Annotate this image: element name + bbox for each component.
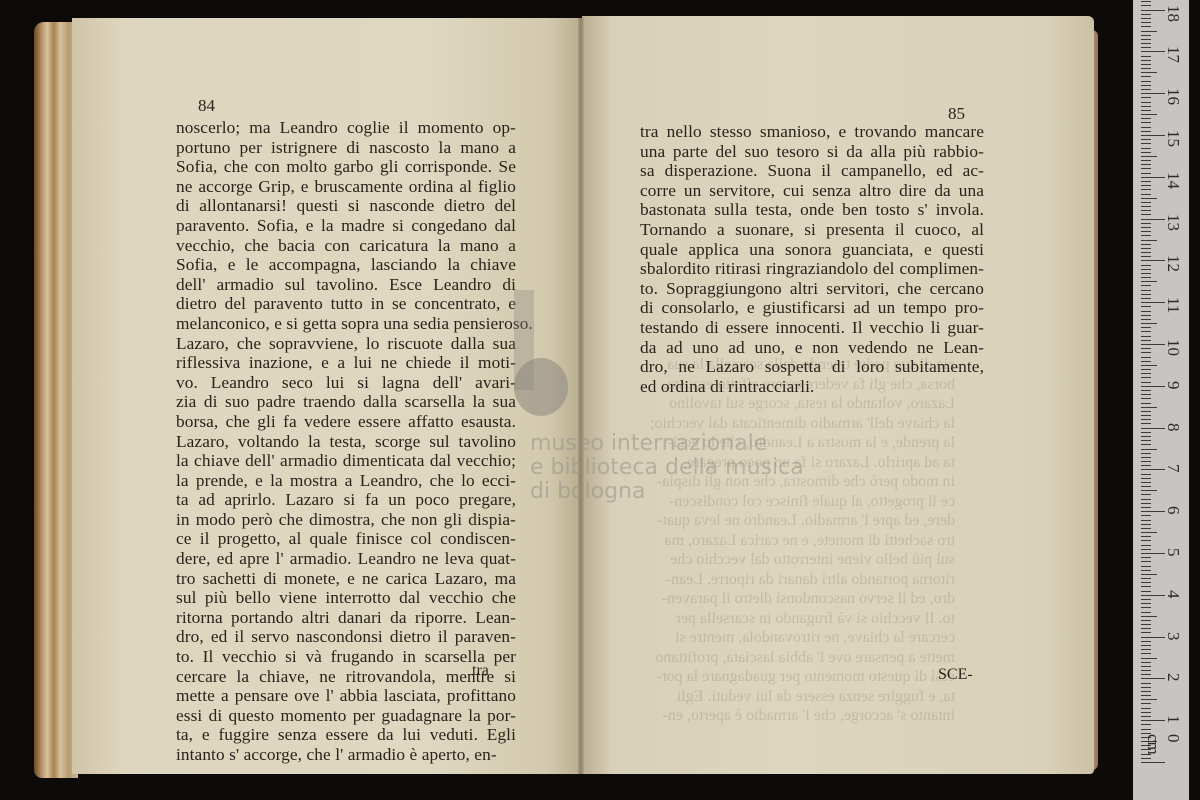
ruler-tick [1141,716,1151,717]
ruler-tick [1141,724,1151,725]
text-line: da ad uno ad uno, e non vedendo ne Lean- [640,338,984,358]
ruler-tick [1141,620,1151,621]
text-line: ta ad aprirlo. Lazaro si fa un poco preg… [176,490,516,510]
ruler-tick [1141,377,1151,378]
text-line: melanconico, e si getta sopra una sedia … [176,314,516,334]
ruler-tick [1141,382,1151,383]
ruler-tick [1141,532,1157,533]
text-line: ed ordina di rintracciarli. [640,377,984,397]
ruler-tick [1141,403,1151,404]
ruler-tick [1141,415,1151,416]
ruler-tick [1141,223,1151,224]
ruler-tick [1141,244,1151,245]
ruler-tick [1141,478,1151,479]
ruler-tick [1141,566,1151,567]
ruler-label: 12 [1163,255,1183,272]
ruler-label: 18 [1163,5,1183,22]
ruler-tick [1141,729,1151,730]
ruler-tick [1141,114,1157,115]
ruler-label: 7 [1163,464,1183,473]
ruler-tick [1141,81,1151,82]
ruler-tick [1141,616,1157,617]
ruler-tick [1141,97,1151,98]
text-line: di allontanarsi! questi si nasconde diet… [176,196,516,216]
ruler-tick [1141,591,1151,592]
ruler-tick [1141,624,1151,625]
text-line: Sofia, che con molto garbo gli corrispon… [176,157,516,177]
ruler-tick [1141,248,1151,249]
text-line: ne accorge Grip, e bruscamente ordina al… [176,177,516,197]
ruler-tick [1141,428,1165,429]
ruler-tick [1141,482,1151,483]
text-line: di consolarlo, e giustificarsi ad un tem… [640,298,984,318]
ruler-tick [1141,607,1151,608]
page-number-right: 85 [948,104,965,124]
ruler-tick [1141,674,1151,675]
ruler-tick [1141,148,1151,149]
ruler-tick [1141,240,1157,241]
ruler-tick [1141,31,1157,32]
text-line: noscerlo; ma Leandro coglie il momento o… [176,118,516,138]
text-line: ce il progetto, al quale finisce col con… [176,529,516,549]
text-line: portuno per istrignere di nascosto la ma… [176,138,516,158]
ruler-tick [1141,394,1151,395]
ruler-label: 11 [1163,297,1183,313]
text-line: bastonata sulla testa, onde ben tosto s'… [640,200,984,220]
text-line: paravento. Sofia, e la madre si congedan… [176,216,516,236]
ruler-tick [1141,444,1151,445]
ruler-tick [1141,365,1157,366]
ruler-tick [1141,51,1165,52]
ruler-tick [1141,273,1151,274]
ruler-tick [1141,93,1165,94]
ruler-tick [1141,277,1151,278]
ruler-tick [1141,135,1165,136]
measurement-ruler: 0 cm123456789101112131415161718 [1133,0,1189,800]
ruler-tick [1141,637,1165,638]
ruler-label: 8 [1163,423,1183,432]
show-through-text: zia di suo padre traendo dalla scarsella… [650,355,955,726]
ruler-tick [1141,582,1151,583]
text-line: in modo però che dimostra, che non gli d… [176,510,516,530]
ruler-tick [1141,419,1151,420]
page-number-left: 84 [198,96,215,116]
ruler-tick [1141,720,1165,721]
text-line: Sofia, e le accompagna, lasciando la chi… [176,255,516,275]
ruler-tick [1141,348,1151,349]
ruler-tick [1141,185,1151,186]
ruler-tick [1141,106,1151,107]
ruler-tick [1141,26,1151,27]
ruler-tick [1141,68,1151,69]
book-scan: zia di suo padre traendo dalla scarsella… [0,0,1200,800]
ruler-tick [1141,173,1151,174]
ruler-tick [1141,281,1157,282]
ruler-tick [1141,536,1151,537]
ruler-tick [1141,118,1151,119]
ruler-tick [1141,122,1151,123]
ruler-tick [1141,294,1151,295]
ruler-tick [1141,599,1151,600]
ruler-tick [1141,520,1151,521]
ruler-tick [1141,545,1151,546]
ruler-tick [1141,47,1151,48]
text-line: sul più bello viene interrotto dal vecch… [176,588,516,608]
text-line: to. Sopraggiungono altri servitori, che … [640,279,984,299]
ruler-tick [1141,549,1151,550]
ruler-tick [1141,315,1151,316]
ruler-tick [1141,499,1151,500]
ruler-label: 10 [1163,339,1183,356]
ruler-tick [1141,390,1151,391]
ruler-tick [1141,357,1151,358]
ruler-tick [1141,628,1151,629]
ruler-tick [1141,398,1151,399]
ruler-tick [1141,102,1151,103]
ruler-tick [1141,181,1151,182]
ruler-tick [1141,524,1151,525]
ruler-tick [1141,449,1157,450]
ruler-tick [1141,72,1157,73]
ruler-tick [1141,540,1151,541]
ruler-tick [1141,703,1151,704]
text-line: vecchio, che bacia con caricatura la man… [176,236,516,256]
catchword-left: tra [472,662,489,680]
ruler-tick [1141,311,1151,312]
ruler-tick [1141,319,1151,320]
ruler-tick [1141,423,1151,424]
ruler-tick [1141,18,1151,19]
ruler-tick [1141,139,1151,140]
ruler-tick [1141,152,1151,153]
ruler-tick [1141,474,1151,475]
ruler-label: 14 [1163,172,1183,189]
text-line: Lazaro, voltando la testa, scorge sul ta… [176,432,516,452]
ruler-label: 5 [1163,548,1183,557]
ruler-label: 6 [1163,506,1183,515]
right-page-text: tra nello stesso smanioso, e trovando ma… [640,122,984,396]
ruler-label: 3 [1163,632,1183,641]
ruler-tick [1141,758,1151,759]
ruler-tick [1141,373,1151,374]
text-line: tra nello stesso smanioso, e trovando ma… [640,122,984,142]
ruler-tick [1141,194,1151,195]
ruler-tick [1141,595,1165,596]
ruler-tick [1141,386,1165,387]
ruler-tick [1141,290,1151,291]
ruler-tick [1141,156,1157,157]
ruler-tick [1141,457,1151,458]
ruler-tick [1141,411,1151,412]
ruler-tick [1141,189,1151,190]
ruler-tick [1141,503,1151,504]
ruler-tick [1141,269,1151,270]
ruler-tick [1141,352,1151,353]
ruler-tick [1141,256,1151,257]
ruler-tick [1141,469,1165,470]
ruler-tick [1141,699,1157,700]
ruler-tick [1141,653,1151,654]
ruler-tick [1141,210,1151,211]
ruler-tick [1141,407,1157,408]
ruler-tick [1141,678,1165,679]
ruler-tick [1141,177,1165,178]
catchword-right: SCE- [938,666,973,684]
text-line: la prende, e la mostra a Leandro, che lo… [176,471,516,491]
ruler-tick [1141,561,1151,562]
ruler-tick [1141,160,1151,161]
ruler-tick [1141,340,1151,341]
ruler-tick [1141,168,1151,169]
ruler-tick [1141,432,1151,433]
text-line: essi di questo momento per guadagnare la… [176,706,516,726]
ruler-tick [1141,762,1165,763]
ruler-tick [1141,1,1151,2]
ruler-tick [1141,164,1151,165]
ruler-tick [1141,64,1151,65]
ruler-tick [1141,712,1151,713]
ruler-tick [1141,632,1151,633]
ruler-tick [1141,603,1151,604]
ruler-label: 2 [1163,673,1183,682]
text-line: sa disperazione. Suona il campanello, ed… [640,161,984,181]
ruler-tick [1141,695,1151,696]
ruler-tick [1141,10,1165,11]
text-line: Tornando a suonare, si presenta il cuoco… [640,220,984,240]
text-line: zia di suo padre traendo dalla scarsella… [176,392,516,412]
ruler-tick [1141,331,1151,332]
text-line: intanto s' accorge, che l' armadio è ape… [176,745,516,765]
ruler-tick [1141,666,1151,667]
ruler-tick [1141,231,1151,232]
ruler-label: 0 cm [1143,734,1183,755]
ruler-tick [1141,361,1151,362]
ruler-tick [1141,127,1151,128]
text-line: dro, ed il servo nascondonsi dietro il p… [176,627,516,647]
ruler-tick [1141,683,1151,684]
text-line: una parte del suo tesoro si da alla più … [640,142,984,162]
text-line: borsa, che gli fa vedere essere affatto … [176,412,516,432]
text-line: dell' armadio sul tavolino. Esce Leandro… [176,275,516,295]
ruler-tick [1141,298,1151,299]
ruler-tick [1141,461,1151,462]
text-line: testando di essere innocenti. Il vecchio… [640,318,984,338]
ruler-tick [1141,494,1151,495]
ruler-tick [1141,662,1151,663]
ruler-tick [1141,578,1151,579]
ruler-tick [1141,35,1151,36]
ruler-tick [1141,22,1151,23]
ruler-tick [1141,39,1151,40]
ruler-tick [1141,302,1165,303]
ruler-tick [1141,658,1157,659]
ruler-tick [1141,327,1151,328]
ruler-tick [1141,85,1151,86]
ruler-tick [1141,574,1157,575]
ruler-tick [1141,649,1151,650]
text-line: mette a pensare ove l' abbia lasciata, p… [176,686,516,706]
text-line: vo. Leandro seco lui si lagna dell' avar… [176,373,516,393]
ruler-tick [1141,670,1151,671]
ruler-tick [1141,708,1151,709]
text-line: dere, ed apre l' armadio. Leandro ne lev… [176,549,516,569]
ruler-tick [1141,515,1151,516]
text-line: riflessiva inazione, e a lui ne chiede i… [176,353,516,373]
ruler-tick [1141,323,1157,324]
ruler-tick [1141,369,1151,370]
ruler-tick [1141,440,1151,441]
ruler-tick [1141,586,1151,587]
ruler-label: 4 [1163,590,1183,599]
text-line: tro sachetti di monete, e ne carica Laza… [176,569,516,589]
ruler-label: 15 [1163,130,1183,147]
ruler-tick [1141,344,1165,345]
ruler-tick [1141,490,1157,491]
watermark-text: museo internazionale e biblioteca della … [530,432,804,504]
ruler-tick [1141,641,1151,642]
ruler-tick [1141,131,1151,132]
ruler-tick [1141,265,1151,266]
ruler-tick [1141,260,1165,261]
ruler-tick [1141,60,1151,61]
ruler-tick [1141,235,1151,236]
text-line: dietro del paravento tutto in se concent… [176,294,516,314]
text-line: ritorna portando altri danari da riporre… [176,608,516,628]
ruler-tick [1141,214,1151,215]
ruler-tick [1141,507,1151,508]
ruler-tick [1141,110,1151,111]
ruler-tick [1141,336,1151,337]
ruler-tick [1141,227,1151,228]
ruler-tick [1141,645,1151,646]
text-line: la chiave dell' armadio dimenticata dal … [176,451,516,471]
ruler-tick [1141,453,1151,454]
ruler-label: 9 [1163,381,1183,390]
ruler-label: 16 [1163,88,1183,105]
ruler-tick [1141,557,1151,558]
text-line: dro, ne Lazaro sospetta di loro subitame… [640,357,984,377]
book-gutter [578,18,584,774]
ruler-tick [1141,570,1151,571]
ruler-tick [1141,14,1151,15]
ruler-tick [1141,76,1151,77]
ruler-tick [1141,89,1151,90]
ruler-tick [1141,553,1165,554]
ruler-label: 17 [1163,46,1183,63]
watermark-logo-circle [514,358,568,416]
ruler-tick [1141,486,1151,487]
ruler-tick [1141,252,1151,253]
ruler-label: 13 [1163,214,1183,231]
ruler-tick [1141,285,1151,286]
ruler-tick [1141,687,1151,688]
text-line: corre un servitore, cui senza altro dire… [640,181,984,201]
text-line: cercare la chiave, ne ritrovandola, ment… [176,667,516,687]
text-line: quale applica una sonora guanciata, e qu… [640,240,984,260]
text-line: Lazaro, che sopravviene, lo riscuote dal… [176,334,516,354]
text-line: sbalordito ritirasi ringraziandolo del c… [640,259,984,279]
ruler-tick [1141,306,1151,307]
text-line: ta, e fuggire senza essere da lui veduti… [176,725,516,745]
ruler-tick [1141,56,1151,57]
ruler-tick [1141,511,1165,512]
ruler-tick [1141,5,1151,6]
ruler-tick [1141,219,1165,220]
ruler-tick [1141,528,1151,529]
ruler-tick [1141,43,1151,44]
ruler-label: 1 [1163,715,1183,724]
ruler-tick [1141,198,1157,199]
left-page-text: noscerlo; ma Leandro coglie il momento o… [176,118,516,765]
text-line: to. Il vecchio si và frugando in scarsel… [176,647,516,667]
ruler-tick [1141,143,1151,144]
ruler-tick [1141,206,1151,207]
ruler-tick [1141,612,1151,613]
ruler-tick [1141,465,1151,466]
ruler-tick [1141,202,1151,203]
ruler-tick [1141,436,1151,437]
ruler-tick [1141,691,1151,692]
